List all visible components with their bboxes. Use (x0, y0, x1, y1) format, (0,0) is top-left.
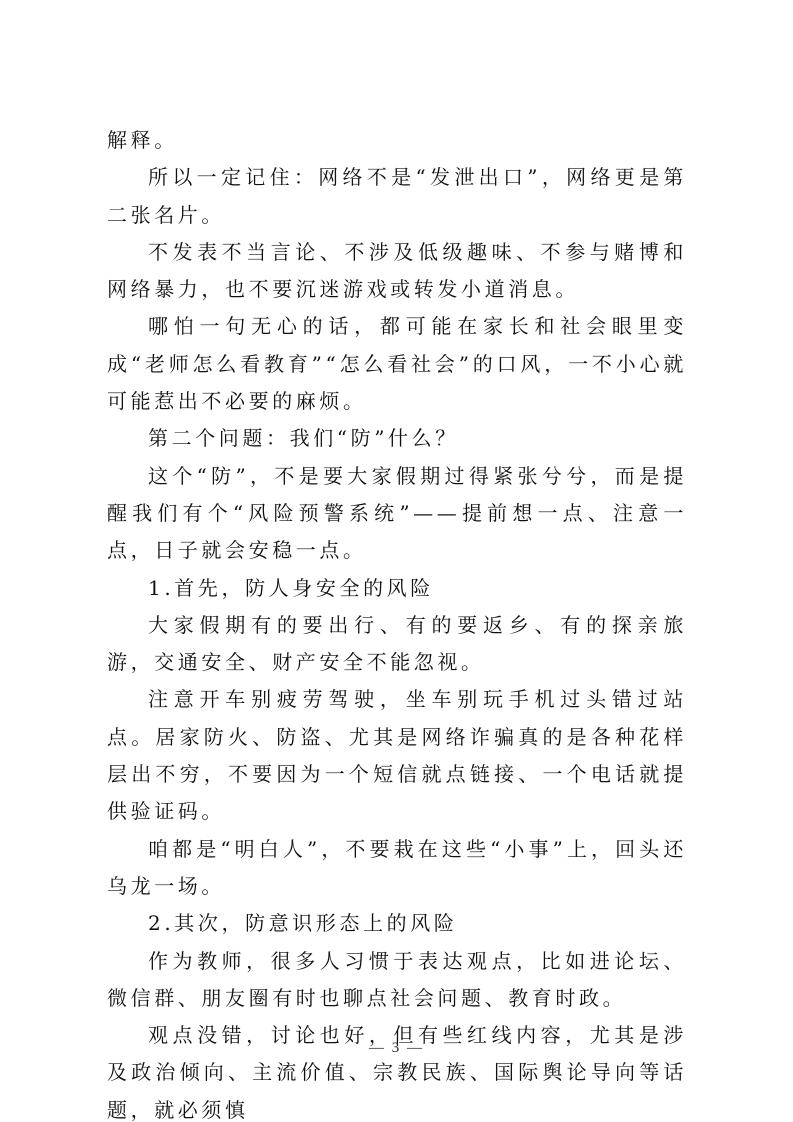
paragraph-online-conduct: 不发表不当言论、不涉及低级趣味、不参与赌博和网络暴力，也不要沉迷游戏或转发小道消… (107, 234, 687, 309)
paragraph-red-lines: 观点没错，讨论也好，但有些红线内容，尤其是涉及政治倾向、主流价值、宗教民族、国际… (107, 1017, 687, 1122)
section-heading-second-question: 第二个问题：我们“防”什么？ (107, 420, 687, 457)
paragraph-risk-warning-system: 这个“防”，不是要大家假期过得紧张兮兮，而是提醒我们有个“风险预警系统”——提前… (107, 458, 687, 570)
subheading-personal-safety: 1.首先，防人身安全的风险 (107, 570, 687, 607)
paragraph-network-business-card: 所以一定记住：网络不是“发泄出口”，网络更是第二张名片。 (107, 159, 687, 234)
paragraph-continuation: 解释。 (107, 122, 687, 159)
paragraph-teachers-opinions: 作为教师，很多人习惯于表达观点，比如进论坛、微信群、朋友圈有时也聊点社会问题、教… (107, 943, 687, 1018)
paragraph-small-matters: 咱都是“明白人”，不要栽在这些“小事”上，回头还乌龙一场。 (107, 831, 687, 906)
paragraph-travel-safety: 大家假期有的要出行、有的要返乡、有的探亲旅游，交通安全、财产安全不能忽视。 (107, 607, 687, 682)
document-body: 解释。 所以一定记住：网络不是“发泄出口”，网络更是第二张名片。 不发表不当言论… (107, 122, 687, 1122)
subheading-ideology-risk: 2.其次，防意识形态上的风险 (107, 905, 687, 942)
paragraph-careless-words: 哪怕一句无心的话，都可能在家长和社会眼里变成“老师怎么看教育”“怎么看社会”的口… (107, 308, 687, 420)
document-page: 解释。 所以一定记住：网络不是“发泄出口”，网络更是第二张名片。 不发表不当言论… (0, 0, 793, 1122)
page-number: — 3 — (0, 1040, 793, 1057)
paragraph-driving-and-fraud: 注意开车别疲劳驾驶，坐车别玩手机过头错过站点。居家防火、防盗、尤其是网络诈骗真的… (107, 681, 687, 830)
